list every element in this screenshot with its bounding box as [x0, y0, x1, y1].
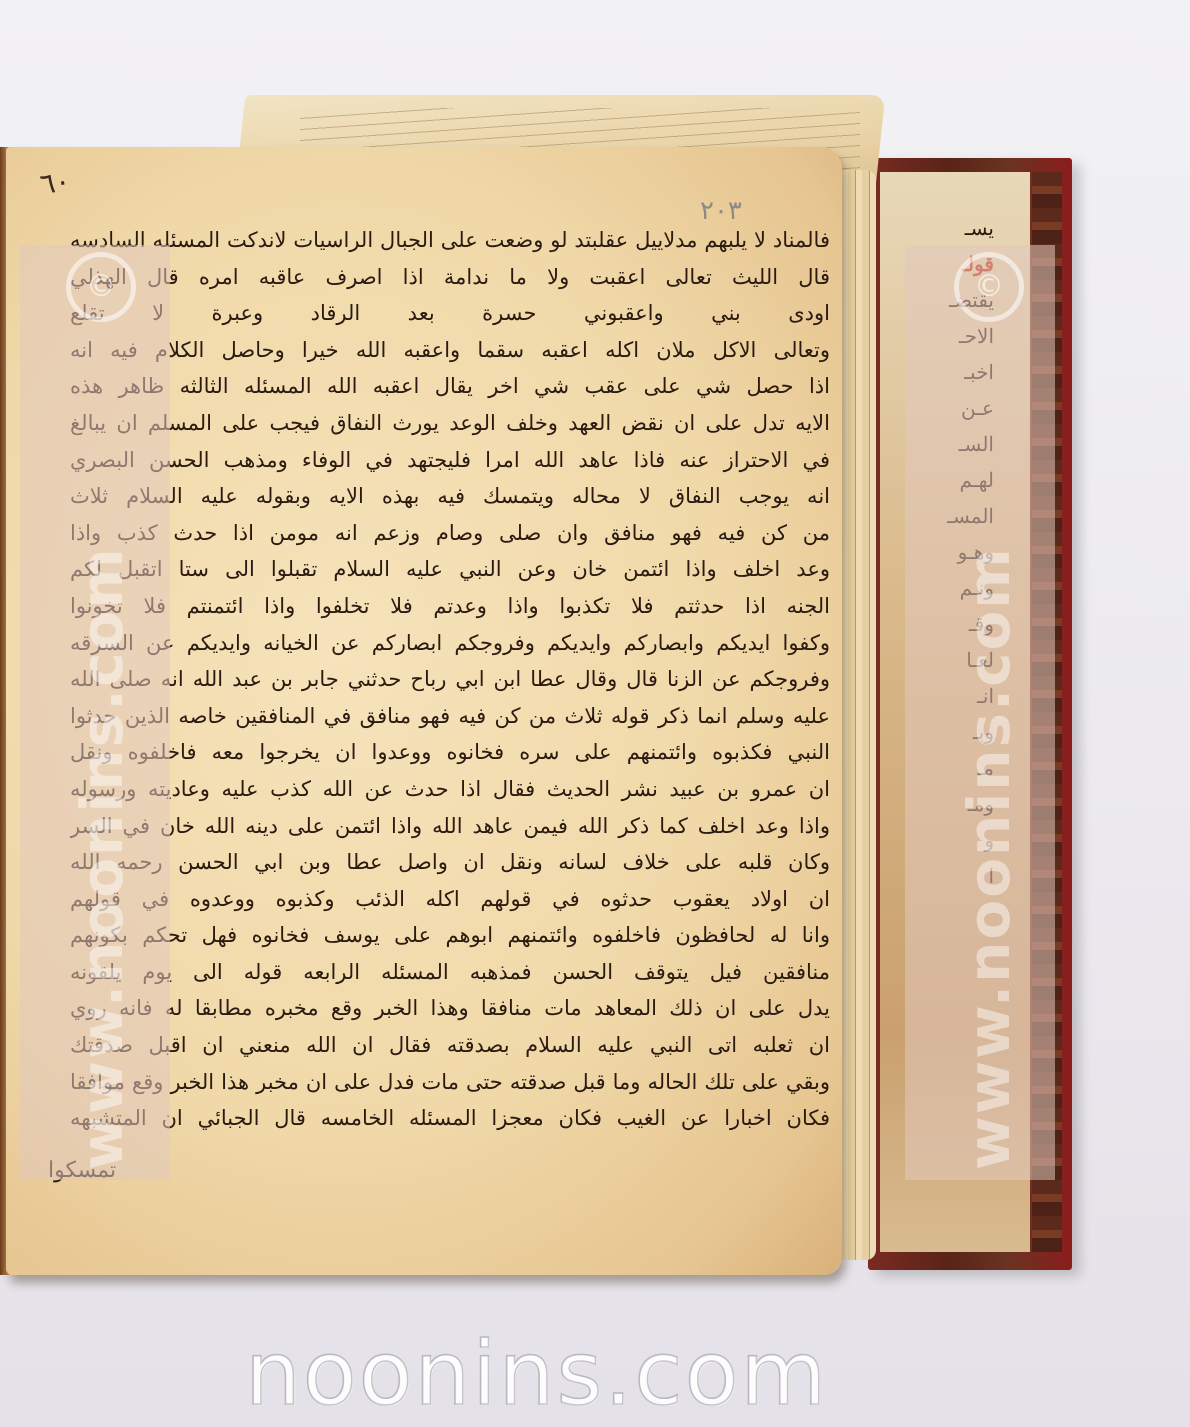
- manuscript-line: وبقي على تلك الحاله وما قبل صدقته حتى ما…: [70, 1064, 830, 1101]
- manuscript-line: النبي فكذبوه وائتمنهم على سره فخانوه ووع…: [70, 734, 830, 771]
- folio-mark: ٦٠: [38, 164, 72, 201]
- manuscript-line: الجنه اذا حدثتم فلا تكذبوا واذا وعدتم فل…: [70, 588, 830, 625]
- manuscript-line: وكان قلبه على خلاف لسانه ونقل ان واصل عط…: [70, 844, 830, 881]
- manuscript-line: فكان اخبارا عن الغيب فكان معجزا المسئله …: [70, 1100, 830, 1137]
- manuscript-line: وفروجكم عن الزنا قال وقال عطا ابن ابي رب…: [70, 661, 830, 698]
- manuscript-line: عليه وسلم انما ذكر قوله ثلاث من كن فيه ف…: [70, 698, 830, 735]
- right-page-line: يسـ: [904, 210, 994, 246]
- manuscript-line: منافقين فيل يتوقف الحسن فمذهبه المسئله ا…: [70, 954, 830, 991]
- watermark-bottom: noonins.com: [245, 1322, 828, 1425]
- manuscript-line: اذا حصل شي على عقب شي اخر يقال اعقبه الل…: [70, 368, 830, 405]
- manuscript-line: ان ثعلبه اتى النبي عليه السلام بصدقته فق…: [70, 1027, 830, 1064]
- manuscript-line: اودى بني واعقبوني حسرة بعد الرقاد وعبرة …: [70, 295, 830, 332]
- manuscript-line: ان اولاد يعقوب حدثوه في قولهم اكله الذئب…: [70, 881, 830, 918]
- manuscript-line: قال الليث تعالى اعقبت ولا ما ندامة اذا ا…: [70, 259, 830, 296]
- watermark-vertical-right: www.noonins.com: [955, 546, 1023, 1170]
- manuscript-line: انه يوجب النفاق لا محاله ويتمسك فيه بهذه…: [70, 478, 830, 515]
- manuscript-line: الايه تدل على ان نقض العهد وخلف الوعد يو…: [70, 405, 830, 442]
- watermark-logo-icon: ©: [66, 252, 136, 322]
- manuscript-line: من كن فيه فهو منافق وان صلى وصام وزعم ان…: [70, 515, 830, 552]
- manuscript-line: وتعالى الاكل ملان اكله اعقبه سقما واعقبه…: [70, 332, 830, 369]
- manuscript-text: فالمناد لا يلبهم مدلاييل عقلبتد لو وضعت …: [70, 222, 830, 1137]
- manuscript-line: واذا وعد اخلف كما ذكر الله فيمن عاهد الل…: [70, 808, 830, 845]
- watermark-vertical-left: www.noonins.com: [68, 546, 136, 1170]
- manuscript-line: فالمناد لا يلبهم مدلاييل عقلبتد لو وضعت …: [70, 222, 830, 259]
- manuscript-line: وانا له لحافظون فاخلفوه وائتمنهم ابوهم ع…: [70, 917, 830, 954]
- manuscript-line: في الاحتراز عنه فاذا عاهد الله امرا فليج…: [70, 442, 830, 479]
- manuscript-line: وكفوا ايديكم وابصاركم وايديكم وفروجكم اب…: [70, 625, 830, 662]
- manuscript-line: ان عمرو بن عبيد نشر الحديث فقال اذا حدث …: [70, 771, 830, 808]
- manuscript-line: يدل على ان ذلك المعاهد مات منافقا وهذا ا…: [70, 990, 830, 1027]
- manuscript-line: وعد اخلف واذا ائتمن خان وعن النبي عليه ا…: [70, 551, 830, 588]
- watermark-logo-icon: ©: [954, 252, 1024, 322]
